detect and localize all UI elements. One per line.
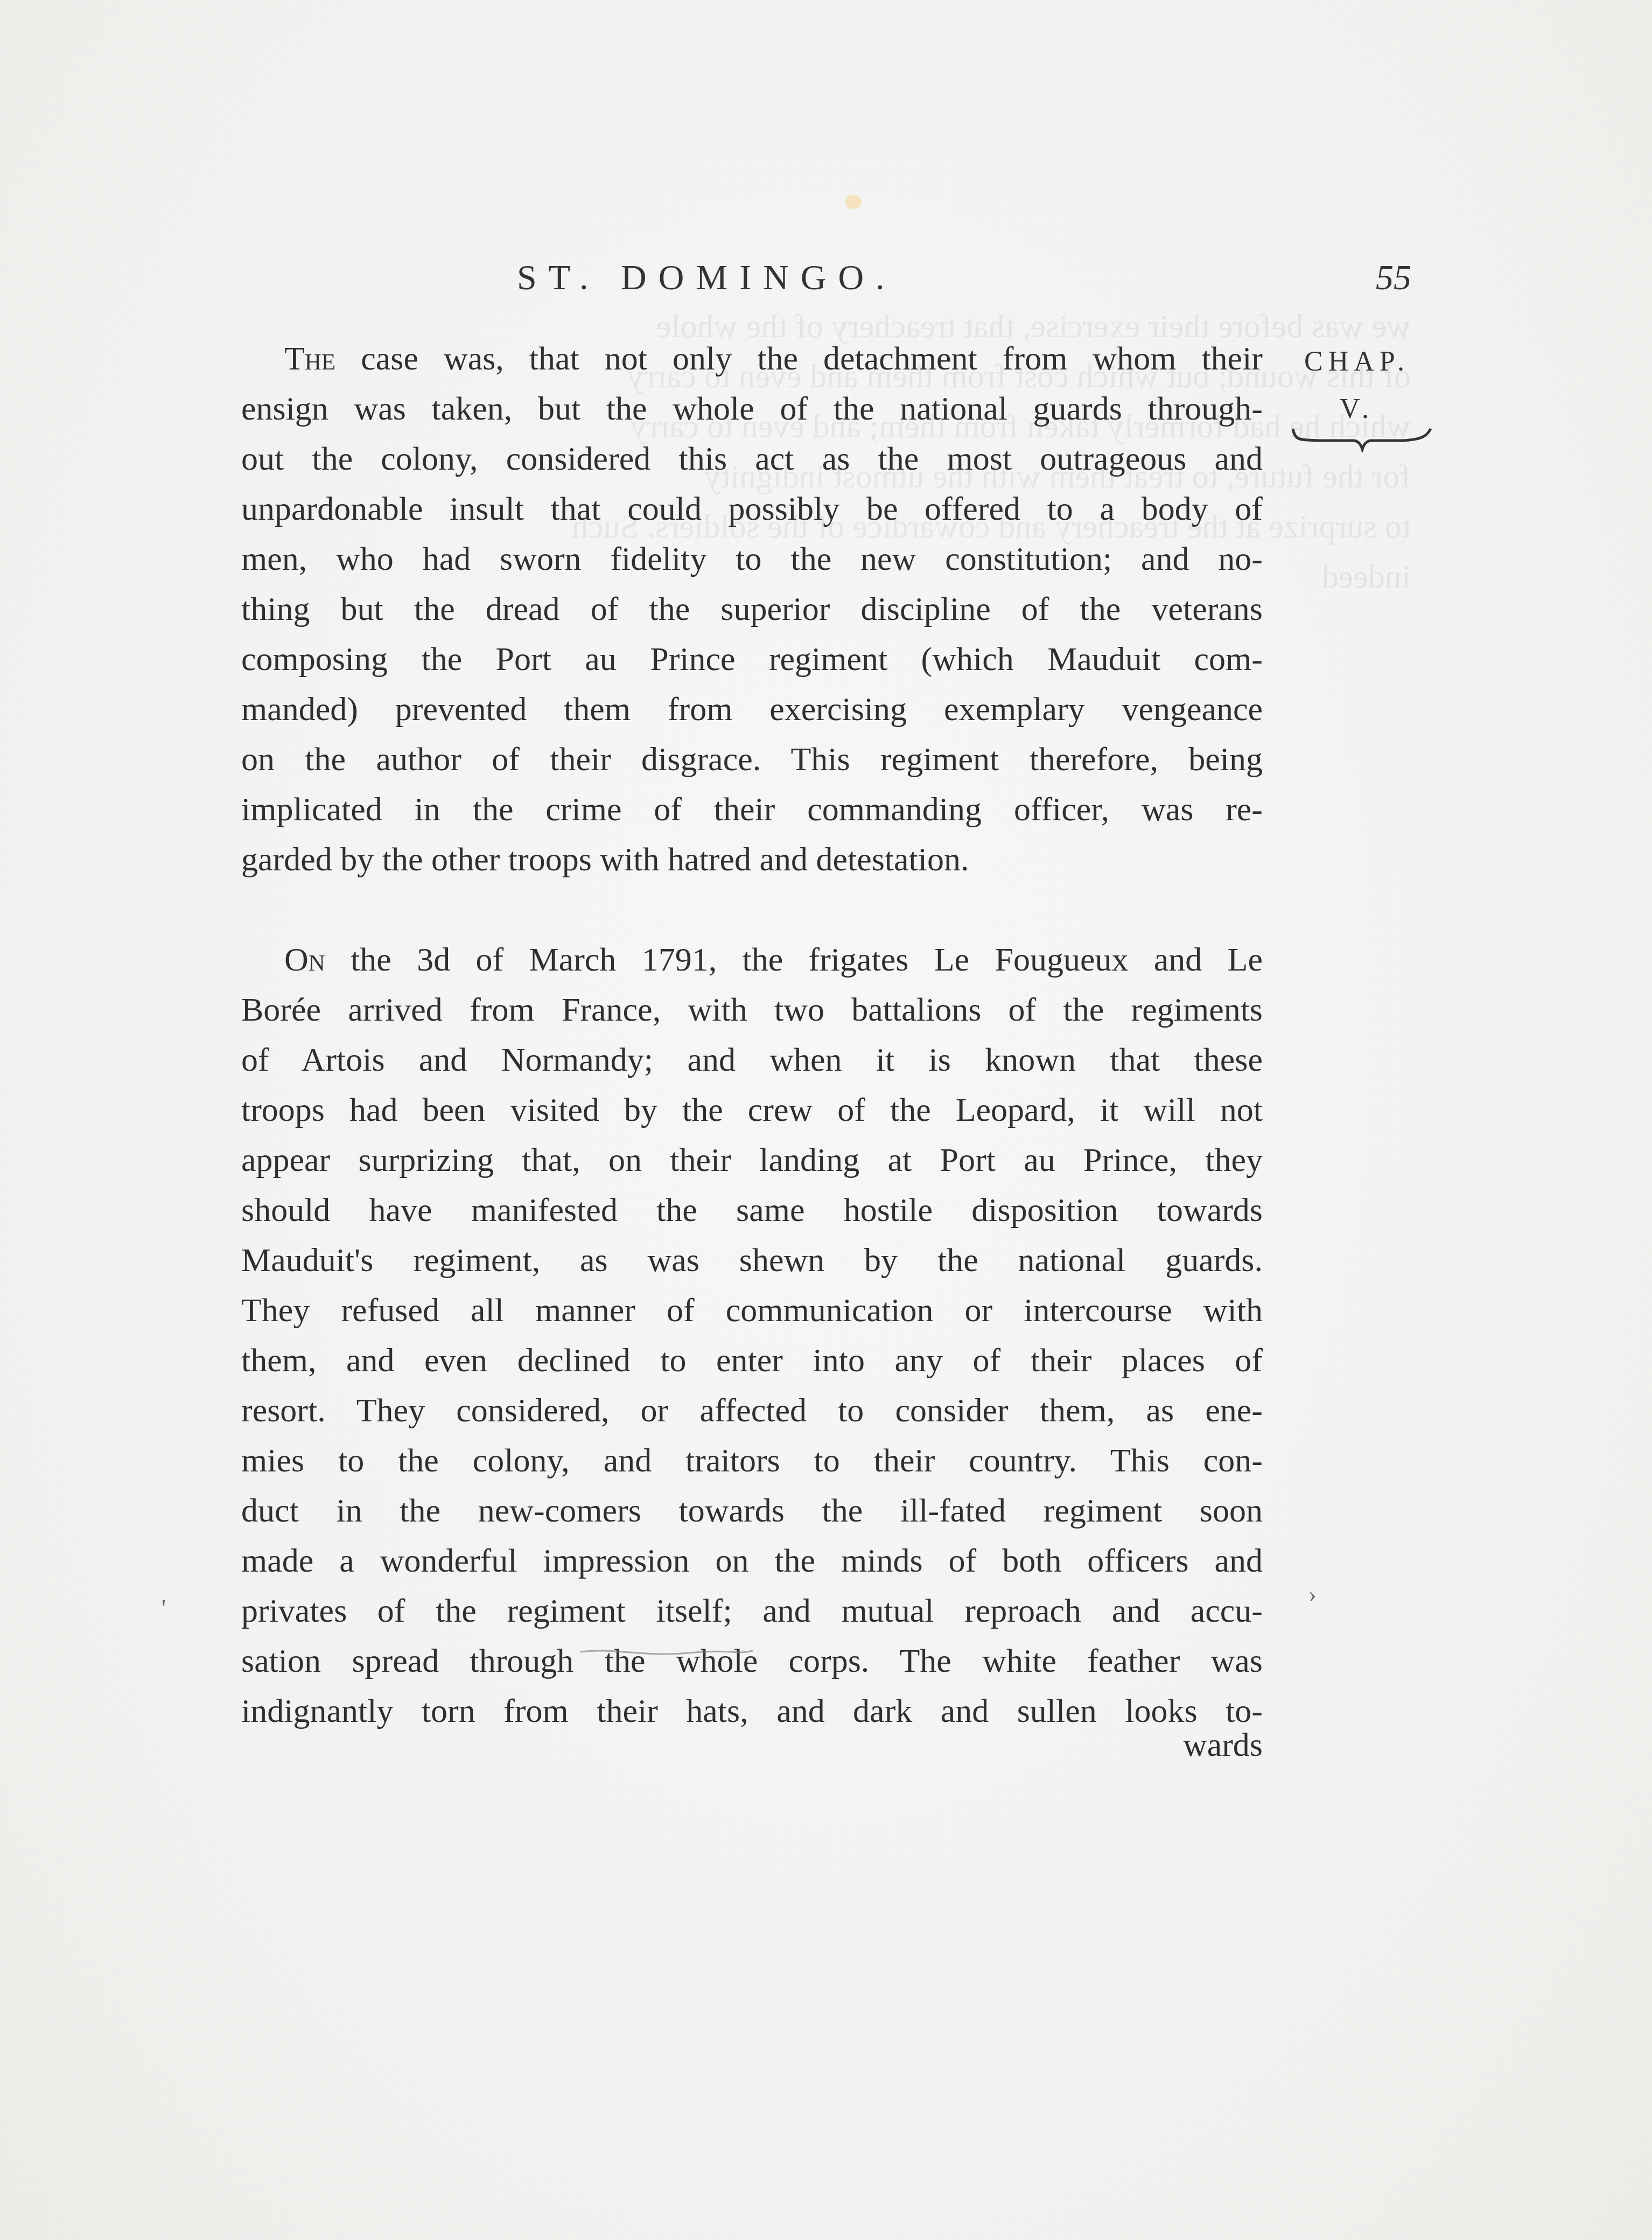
pencil-strike-mark xyxy=(580,1645,753,1662)
text-line: mies to the colony, and traitors to thei… xyxy=(241,1436,1263,1486)
text-line: On the 3d of March 1791, the frigates Le… xyxy=(241,935,1263,985)
text-line: out the colony, considered this act as t… xyxy=(241,434,1263,484)
text-line: on the author of their disgrace. This re… xyxy=(241,735,1263,785)
margin-bracket-mark: › xyxy=(1308,1581,1317,1608)
text-line: resort. They considered, or affected to … xyxy=(241,1386,1263,1436)
text-line: Borée arrived from France, with two batt… xyxy=(241,985,1263,1035)
curly-brace-icon xyxy=(1290,425,1435,452)
text-line: of Artois and Normandy; and when it is k… xyxy=(241,1035,1263,1085)
text-line: The case was, that not only the detachme… xyxy=(241,334,1263,384)
text-line: privates of the regiment itself; and mut… xyxy=(241,1586,1263,1636)
line-text: the 3d of March 1791, the frigates Le Fo… xyxy=(325,941,1263,978)
page-number: 55 xyxy=(1376,257,1411,298)
text-line: ensign was taken, but the whole of the n… xyxy=(241,384,1263,434)
text-line: They refused all manner of communication… xyxy=(241,1286,1263,1336)
text-line: men, who had sworn fidelity to the new c… xyxy=(241,534,1263,584)
paper-stain xyxy=(845,195,862,209)
text-line: implicated in the crime of their command… xyxy=(241,785,1263,835)
paragraph-gap xyxy=(241,885,1263,935)
text-line: Mauduit's regiment, as was shewn by the … xyxy=(241,1236,1263,1286)
margin-note-chap: CHAP. xyxy=(1290,338,1424,386)
text-line: garded by the other troops with hatred a… xyxy=(241,835,1263,885)
lead-word: On xyxy=(284,941,325,978)
text-line: composing the Port au Prince regiment (w… xyxy=(241,634,1263,685)
lead-word: The xyxy=(284,340,335,377)
text-line: should have manifested the same hostile … xyxy=(241,1185,1263,1236)
text-line: troops had been visited by the crew of t… xyxy=(241,1085,1263,1135)
body-text: The case was, that not only the detachme… xyxy=(241,334,1263,1736)
running-head: ST. DOMINGO. xyxy=(517,257,897,298)
line-text: case was, that not only the detachment f… xyxy=(335,340,1263,377)
text-line: duct in the new-comers towards the ill-f… xyxy=(241,1486,1263,1536)
text-line: made a wonderful impression on the minds… xyxy=(241,1536,1263,1586)
text-line: appear surprizing that, on their landing… xyxy=(241,1135,1263,1185)
text-line: unpardonable insult that could possibly … xyxy=(241,484,1263,534)
margin-note-chapter: CHAP. V. xyxy=(1290,338,1424,433)
margin-dot-mark: ' xyxy=(162,1594,166,1622)
text-line: manded) prevented them from exercising e… xyxy=(241,685,1263,735)
catchword: wards xyxy=(1174,1726,1263,1764)
text-line: thing but the dread of the superior disc… xyxy=(241,584,1263,634)
paragraph-2: On the 3d of March 1791, the frigates Le… xyxy=(241,935,1263,1736)
text-line: them, and even declined to enter into an… xyxy=(241,1336,1263,1386)
paragraph-1: The case was, that not only the detachme… xyxy=(241,334,1263,885)
text-line: indignantly torn from their hats, and da… xyxy=(241,1686,1263,1736)
